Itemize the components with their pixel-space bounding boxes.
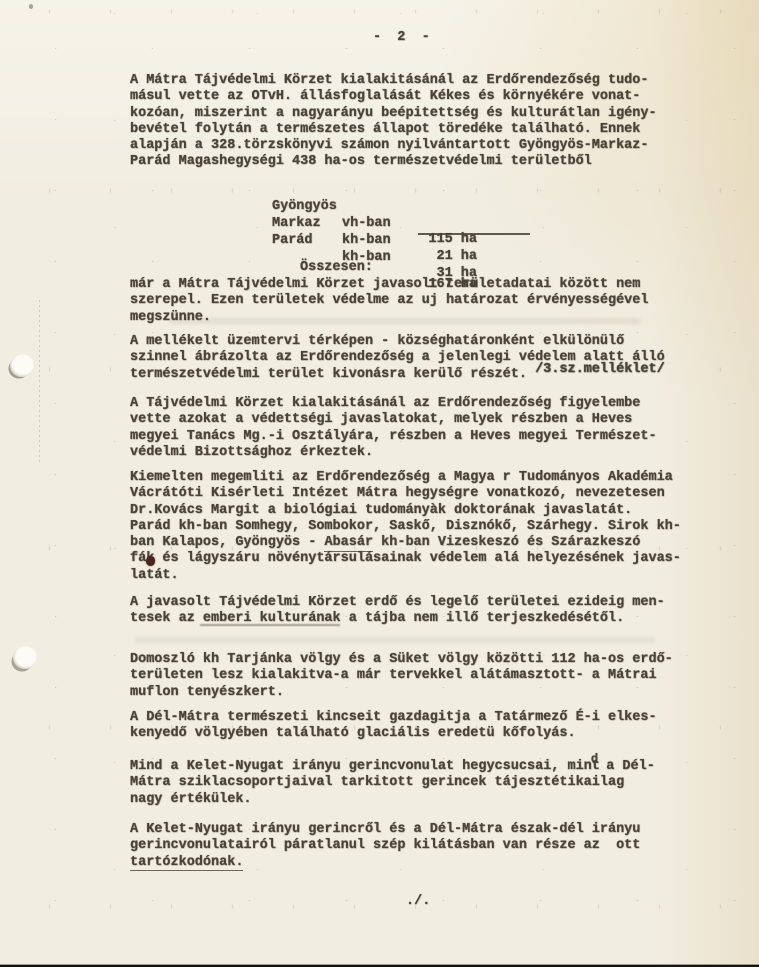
crease-line	[39, 300, 40, 465]
page-number: - 2 -	[373, 30, 430, 46]
area-breakdown-table: Gyöngyös vh-ban 115 ha Markaz kh-ban 21 …	[272, 183, 542, 267]
continuation-mark: ./.	[406, 894, 430, 910]
typed-correction-superscript: d	[591, 752, 598, 766]
paragraph-area-data: már a Mátra Tájvédelmi Körzet javasolt t…	[130, 277, 648, 326]
table-row: Markaz kh-ban 21 ha	[272, 200, 542, 217]
paragraph-ridge-peaks: Mind a Kelet-Nyugat irányu gerincvonulat…	[130, 758, 655, 808]
punch-hole-top	[10, 354, 34, 377]
paragraph-text: Mind a Kelet-Nyugat irányu gerincvonulat…	[130, 759, 600, 774]
paragraph-view: A Kelet-Nyugat irányu gerincről és a Dél…	[130, 822, 640, 871]
table-total-row: Összesen: 167 ha	[272, 244, 542, 261]
paragraph-proposals: A Tájvédelmi Körzet kialakitásánál az Er…	[130, 396, 657, 461]
pencil-smudge-line	[200, 624, 340, 626]
table-row: Gyöngyös vh-ban 115 ha	[272, 183, 542, 200]
paragraph-del-matra: A Dél-Mátra természeti kincseit gazdagit…	[130, 710, 657, 743]
corner-speck	[29, 4, 33, 9]
underlined-word: tartózkodónak.	[130, 855, 243, 872]
attachment-annotation: /3.sz.melléklet/	[535, 362, 665, 377]
ink-spot	[146, 556, 155, 566]
underlined-place-name: Abasár	[324, 535, 373, 552]
table-row: Parád kh-ban 31 ha	[272, 217, 542, 234]
scanned-document-page: - 2 - A Mátra Tájvédelmi Körzet kialakit…	[0, 0, 759, 967]
paragraph-protected-areas: A javasolt Tájvédelmi Körzet erdő és leg…	[130, 595, 665, 628]
punch-hole-bottom	[13, 646, 37, 669]
table-sum-rule	[418, 233, 530, 235]
paragraph-academy-proposal: Kiemelten megemliti az Erdőrendezőség a …	[130, 470, 681, 584]
ink-ghost-smudge	[135, 637, 655, 643]
scan-bottom-edge	[0, 962, 759, 967]
paragraph-otvh-statement: A Mátra Tájvédelmi Körzet kialakitásánál…	[130, 73, 657, 171]
paragraph-muflon-garden: Domoszló kh Tarjánka völgy és a Süket vö…	[130, 652, 673, 701]
table-total-label: Összesen:	[300, 260, 373, 276]
paragraph-text: A Kelet-Nyugat irányu gerincről és a Dél…	[130, 822, 640, 853]
paragraph-map-attachment: A mellékelt üzemtervi térképen - községh…	[130, 334, 665, 383]
